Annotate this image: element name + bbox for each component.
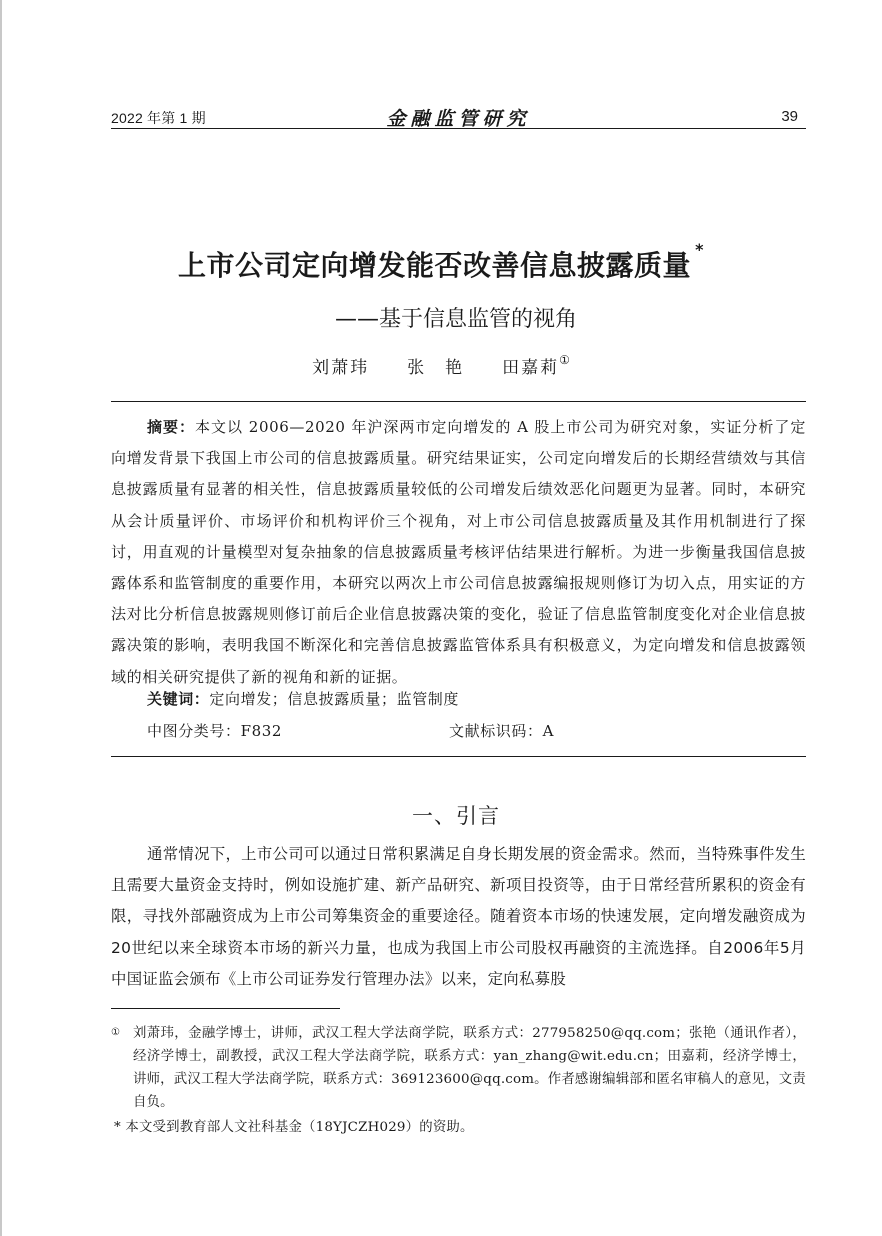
paper-title: 上市公司定向增发能否改善信息披露质量*	[0, 244, 882, 284]
author-name: 田嘉莉	[502, 353, 559, 378]
funding-footnote-marker: *	[695, 240, 704, 259]
body-paragraph: 通常情况下，上市公司可以通过日常积累满足自身长期发展的资金需求。然而，当特殊事件…	[111, 839, 806, 995]
abstract-label: 摘要：	[147, 418, 195, 436]
paper-subtitle: ——基于信息监管的视角	[0, 302, 882, 333]
abstract-bottom-rule	[111, 756, 806, 757]
abstract: 摘要：本文以 2006—2020 年沪深两市定向增发的 A 股上市公司为研究对象…	[111, 412, 806, 693]
section-heading: 一、引言	[0, 800, 882, 830]
keywords-text: 定向增发；信息披露质量；监管制度	[209, 690, 459, 708]
doc-code-value: A	[543, 722, 554, 740]
keywords-label: 关键词：	[147, 690, 209, 708]
abstract-top-rule	[111, 401, 806, 402]
author-footnote: ① 刘萧玮，金融学博士，讲师，武汉工程大学法商学院，联系方式：277958250…	[111, 1022, 806, 1114]
page-number: 39	[781, 108, 798, 125]
author-footnote-text: 刘萧玮，金融学博士，讲师，武汉工程大学法商学院，联系方式：277958250@q…	[133, 1022, 806, 1114]
author-footnote-marker: ①	[559, 353, 570, 367]
journal-name: 金融监管研究	[111, 104, 806, 131]
clc-label: 中图分类号：	[147, 722, 241, 740]
keywords: 关键词：定向增发；信息披露质量；监管制度	[147, 688, 459, 709]
classification-row: 中图分类号：F832 文献标识码：A	[147, 720, 807, 741]
doc-code-label: 文献标识码：	[449, 722, 543, 740]
running-header: 2022 年第 1 期 金融监管研究 39	[111, 104, 806, 129]
funding-footnote: * 本文受到教育部人文社科基金（18YJCZH029）的资助。	[114, 1116, 474, 1139]
author-name: 张 艳	[407, 353, 464, 378]
page-edge	[0, 0, 2, 1236]
footnote-marker: ①	[111, 1021, 133, 1044]
paper-title-text: 上市公司定向增发能否改善信息披露质量	[178, 249, 691, 282]
author-list: 刘萧玮张 艳田嘉莉①	[0, 353, 882, 378]
clc-value: F832	[241, 722, 282, 740]
footnote-rule	[111, 1008, 340, 1009]
abstract-text: 本文以 2006—2020 年沪深两市定向增发的 A 股上市公司为研究对象，实证…	[111, 418, 806, 686]
author-name: 刘萧玮	[312, 353, 369, 378]
